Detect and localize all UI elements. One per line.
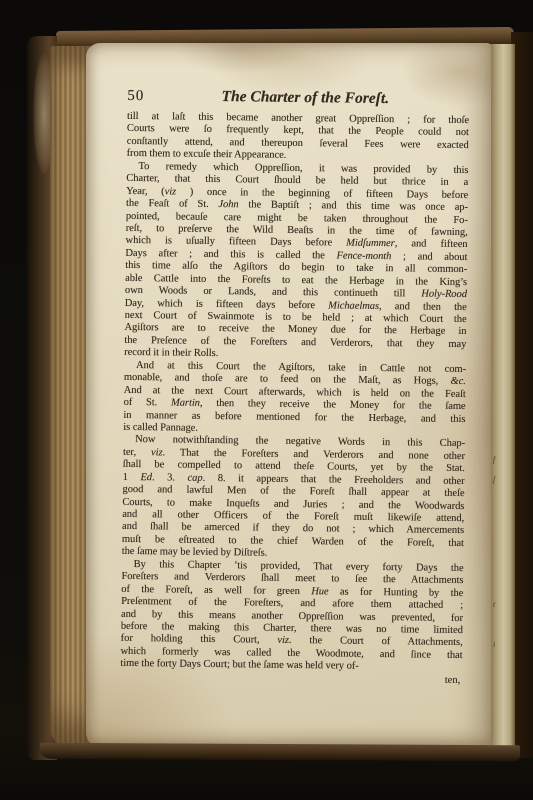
page-text: 50 The Charter of the Foreſt. till at la… (120, 41, 470, 687)
page-header: 50 The Charter of the Foreſt. (127, 87, 469, 111)
edge-text-fragment: i (493, 640, 495, 649)
edge-text-fragment: t (493, 600, 495, 609)
book-bottom-edge (40, 743, 520, 762)
book-page: 50 The Charter of the Foreſt. till at la… (86, 43, 491, 748)
running-title: The Charter of the Foreſt. (171, 87, 439, 108)
edge-text-fragment: ſ (493, 475, 495, 484)
body-paragraphs: till at laſt this became another great O… (120, 111, 469, 675)
photo-background: fſti 50 The Charter of the Foreſt. till … (0, 0, 533, 800)
facing-page-edge: fſti (489, 44, 515, 748)
edge-text-fragment: f (493, 455, 495, 464)
page-number: 50 (127, 88, 171, 106)
